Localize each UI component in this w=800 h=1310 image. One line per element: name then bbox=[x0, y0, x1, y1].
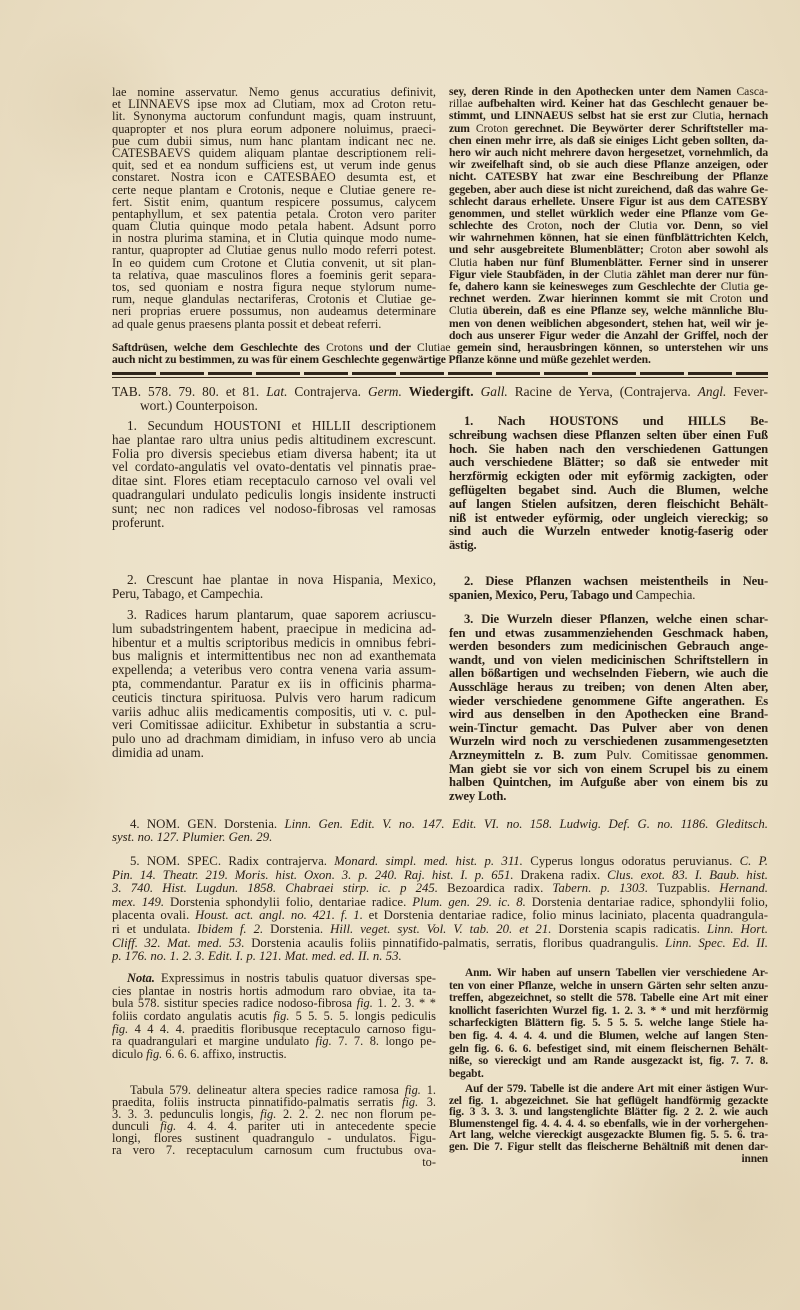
item-1-latin: 1. Secundum HOUSTONI et HILLII descripti… bbox=[112, 419, 436, 529]
plate-heading: TAB. 578. 79. 80. et 81. Lat. Contrajerv… bbox=[112, 385, 768, 413]
text-line: 3. Die Wurzeln dieser Pflanzen, welche e… bbox=[449, 613, 768, 627]
text-line: ri et undulata. Ibidem f. 2. Dorstenia. … bbox=[112, 923, 768, 937]
text-line: vel cordato-angulatis vel ovato-dentatis… bbox=[112, 460, 436, 474]
text-line: to- bbox=[112, 1156, 436, 1168]
text-line: variis adhuc aliis medicamentis composit… bbox=[112, 705, 436, 719]
item-2-latin: 2. Crescunt hae plantae in nova Hispania… bbox=[112, 573, 436, 601]
text-line: spanien, Mexico, Peru, Tabago und Campec… bbox=[449, 589, 768, 603]
text-line: ästig. bbox=[449, 539, 768, 553]
text-line: Pin. 14. Theatr. 219. Moris. hist. Oxon.… bbox=[112, 869, 768, 883]
text-line: expellenda; a veteribus vero contra vene… bbox=[112, 663, 436, 677]
text-line: Folia pro diversis speciebus etiam diver… bbox=[112, 447, 436, 461]
text-line: 3. 740. Hist. Lugdun. 1858. Chabraei sti… bbox=[112, 882, 768, 896]
text-line: knollicht faserichten Wurzel fig. 1. 2. … bbox=[449, 1005, 768, 1018]
text-line: gen. Die 7. Figur stellt das fleischerne… bbox=[449, 1142, 768, 1154]
text-line: pulo uno ad drachmam dimidiam, in infuso… bbox=[112, 732, 436, 746]
item-3-latin: 3. Radices harum plantarum, quae saporem… bbox=[112, 608, 436, 760]
text-line: 1. Secundum HOUSTONI et HILLII descripti… bbox=[112, 419, 436, 433]
item-2-german: 2. Diese Pflanzen wachsen meistentheils … bbox=[449, 575, 768, 603]
text-line: ben fig. 4. 4. 4. 4. und die Blumen, wel… bbox=[449, 1030, 768, 1043]
section-divider-line bbox=[112, 377, 768, 378]
text-line: proferunt. bbox=[112, 516, 436, 530]
text-line: sind auch die Wurzeln entweder knotig-fa… bbox=[449, 525, 768, 539]
text-line: wird aus denselben in den Apothecken ein… bbox=[449, 708, 768, 722]
text-line: Ausschläge heraus zu treiben; von denen … bbox=[449, 681, 768, 695]
text-line: pta, commendantur. Paratur ex iis in off… bbox=[112, 677, 436, 691]
text-line: Cliff. 32. Mat. med. 53. Dorstenia acaul… bbox=[112, 937, 768, 951]
text-line: dimidia ad unam. bbox=[112, 746, 436, 760]
text-line: schreibung wachsen diese Pflanzen selten… bbox=[449, 429, 768, 443]
text-line: p. 176. no. 1. 2. 3. Edit. I. p. 121. Ma… bbox=[112, 950, 768, 964]
text-line: wein-Tinctur gemacht. Das Pulver aber vo… bbox=[449, 722, 768, 736]
text-line: wandt, und von vielen medicinischen Schr… bbox=[449, 654, 768, 668]
item-4-nomen-genericum: 4. NOM. GEN. Dorstenia. Linn. Gen. Edit.… bbox=[112, 818, 768, 844]
section-divider-dashed bbox=[112, 372, 768, 375]
nota-latin: Nota. Expressimus in nostris tabulis qua… bbox=[112, 972, 436, 1061]
text-line: treffen, abgezeichnet, so stellt die 578… bbox=[449, 992, 768, 1005]
text-line: 2. Diese Pflanzen wachsen meistentheils … bbox=[449, 575, 768, 589]
text-line: auch verschiedene Blätter; so daß sie en… bbox=[449, 456, 768, 470]
tabula-579-german: Auf der 579. Tabelle ist die andere Art … bbox=[449, 1084, 768, 1165]
text-line: allen bößartigen und wechselnden Fiebern… bbox=[449, 667, 768, 681]
text-line: ten von einer Pflanze, welche in unsern … bbox=[449, 980, 768, 993]
text-line: Wurzeln wird noch zu verschiedenen zusam… bbox=[449, 735, 768, 749]
text-line: auf langen Stielen aufsitzen, deren flei… bbox=[449, 498, 768, 512]
text-line: werden besonders zum medicinischen Gebra… bbox=[449, 640, 768, 654]
item-5-nomen-specificum: 5. NOM. SPEC. Radix contrajerva. Monard.… bbox=[112, 855, 768, 964]
item-1-german: 1. Nach HOUSTONS und HILLS Be-schreibung… bbox=[449, 415, 768, 553]
text-line: syst. no. 127. Plumier. Gen. 29. bbox=[112, 831, 768, 844]
text-line: ad quale genus praesens planta possit et… bbox=[112, 318, 436, 330]
text-line: wieder verschiedene genommene Gifte ange… bbox=[449, 695, 768, 709]
text-line: geln fig. 6. 6. 6. befestiget sind, mit … bbox=[449, 1043, 768, 1056]
text-line: quadrangulari undulato pediculis longis … bbox=[112, 488, 436, 502]
text-line: auch nicht zu bestimmen, zu was für eine… bbox=[112, 354, 768, 366]
text-line: herzförmig eckigten oder mit eyförmig za… bbox=[449, 470, 768, 484]
text-line: 3. Radices harum plantarum, quae saporem… bbox=[112, 608, 436, 622]
text-line: halben Quintchen, im Aufguße aber von ei… bbox=[449, 776, 768, 790]
text-line: placenta ovali. Houst. act. angl. no. 42… bbox=[112, 909, 768, 923]
text-line: hae plantae raro ultra unius pedis altit… bbox=[112, 433, 436, 447]
text-line: innen bbox=[449, 1154, 768, 1166]
text-line: ra vero 7. receptaculum carnosum cum fru… bbox=[112, 1144, 436, 1156]
text-line: ditae sint. Flores etiam receptaculo car… bbox=[112, 474, 436, 488]
text-line: wort.) Counterpoison. bbox=[112, 399, 768, 413]
text-line: Arzneymitteln z. B. zum Pulv. Comitissae… bbox=[449, 749, 768, 763]
text-line: lum subadstringentem habent, praecipue i… bbox=[112, 622, 436, 636]
top-german-column: sey, deren Rinde in den Apothecken unter… bbox=[449, 86, 768, 342]
text-line: Peru, Tabago, et Campechia. bbox=[112, 587, 436, 601]
text-line: mex. 149. Dorstenia sphondylii folio, de… bbox=[112, 896, 768, 910]
text-line: diculo fig. 6. 6. 6. affixo, instructis. bbox=[112, 1048, 436, 1061]
top-latin-column: lae nomine asservatur. Nemo genus accura… bbox=[112, 86, 436, 330]
text-line: begabt. bbox=[449, 1068, 768, 1081]
anmerkung-german: Anm. Wir haben auf unsern Tabellen vier … bbox=[449, 967, 768, 1080]
text-line: fen und etwas zusammenziehenden Geschmac… bbox=[449, 627, 768, 641]
text-line: 5. NOM. SPEC. Radix contrajerva. Monard.… bbox=[112, 855, 768, 869]
text-line: veri Comitissae adiicitur. Exhibetur in … bbox=[112, 718, 436, 732]
text-line: Anm. Wir haben auf unsern Tabellen vier … bbox=[449, 967, 768, 980]
text-line: zwey Loth. bbox=[449, 790, 768, 804]
text-line: hibentur et a multis scriptoribus medici… bbox=[112, 636, 436, 650]
text-line: TAB. 578. 79. 80. et 81. Lat. Contrajerv… bbox=[112, 385, 768, 399]
book-page: lae nomine asservatur. Nemo genus accura… bbox=[0, 0, 800, 1310]
text-line: niß ist entweder eyförmig, oder ungleich… bbox=[449, 512, 768, 526]
text-line: niße, so viereckigt und am Rande ausgeza… bbox=[449, 1055, 768, 1068]
german-continuation-full-width: Saftdrüsen, welche dem Geschlechte des C… bbox=[112, 342, 768, 366]
text-line: ceuticis tinctura spirituosa. Pulvis ver… bbox=[112, 691, 436, 705]
text-line: geflügelten begabet sind. Auch die Blume… bbox=[449, 484, 768, 498]
text-line: hoch. Sie haben nach den verschiedenen G… bbox=[449, 443, 768, 457]
tabula-579-latin: Tabula 579. delineatur altera species ra… bbox=[112, 1084, 436, 1168]
item-3-german: 3. Die Wurzeln dieser Pflanzen, welche e… bbox=[449, 613, 768, 803]
text-line: Man giebt sie vor sich von einem Scrupel… bbox=[449, 763, 768, 777]
text-line: scharfeckigten Blättern fig. 5. 5 5. 5. … bbox=[449, 1017, 768, 1030]
text-line: 2. Crescunt hae plantae in nova Hispania… bbox=[112, 573, 436, 587]
text-line: sunt; nec non radices vel nodoso-fibrosa… bbox=[112, 502, 436, 516]
text-line: bus malignis et intermittentibus nec non… bbox=[112, 649, 436, 663]
text-line: 1. Nach HOUSTONS und HILLS Be- bbox=[449, 415, 768, 429]
